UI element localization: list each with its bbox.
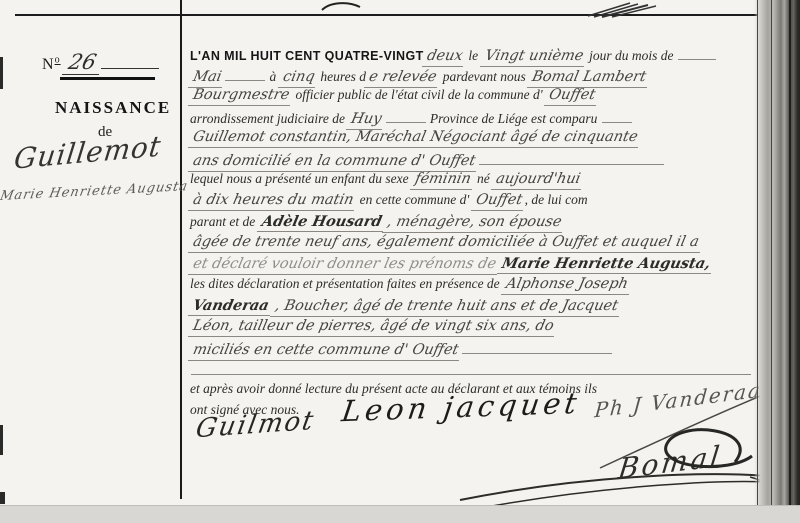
act-line: les dites déclaration et présentation fa…: [190, 275, 765, 296]
act-line: Léon, tailleur de pierres, âgé de vingt …: [190, 317, 765, 338]
printed-script-text: né: [474, 171, 494, 186]
binding-crease-line: [757, 0, 758, 523]
handwritten-bold-text: Vanderaa: [188, 296, 274, 316]
handwritten-text: miciliés en cette commune d' Ouffet: [188, 341, 463, 361]
blank-rule: [191, 359, 751, 375]
handwritten-text: cinq: [278, 68, 320, 88]
blank-rule: [678, 44, 716, 60]
binding-crease-line: [789, 0, 791, 523]
handwritten-text: âgée de trente neuf ans, également domic…: [188, 233, 704, 253]
act-line: [190, 359, 765, 380]
page-edge-mark: [0, 492, 5, 504]
bottom-scan-edge: [0, 505, 800, 523]
act-body: L'AN MIL HUIT CENT QUATRE-VINGTdeux le V…: [190, 44, 765, 422]
handwritten-bold-text: Marie Henriette Augusta,: [497, 254, 715, 274]
act-number-value: 26: [61, 50, 104, 75]
handwritten-text: Huy: [346, 110, 386, 130]
binding-edge: [754, 0, 800, 523]
handwritten-text: aujourd'hui: [491, 170, 585, 190]
act-line: Vanderaa, Boucher, âgé de trente huit an…: [190, 296, 765, 317]
printed-script-text: heures d: [317, 69, 366, 84]
page-edge-mark: [0, 57, 3, 89]
birth-register-page: No 26 NAISSANCE de Guillemot Marie Henri…: [0, 0, 800, 523]
blank-rule: [101, 52, 159, 69]
page-edge-mark: [0, 425, 3, 455]
printed-script-text: arrondissement judiciaire de: [190, 111, 348, 126]
printed-caps-text: L'AN MIL HUIT CENT QUATRE-VINGT: [190, 49, 424, 63]
handwritten-bold-text: Adèle Housard: [256, 212, 386, 232]
handwritten-text: Vingt unième: [479, 47, 587, 67]
handwritten-text: deux: [422, 47, 468, 67]
printed-script-text: les dites déclaration et présentation fa…: [190, 276, 503, 291]
column-divider-rule: [180, 0, 182, 499]
number-label: No: [42, 56, 61, 73]
handwritten-text: Mai: [188, 68, 226, 88]
act-line: lequel nous a présenté un enfant du sexe…: [190, 170, 765, 191]
printed-script-text: jour du mois de: [586, 48, 677, 63]
child-surname-handwritten: Guillemot: [12, 129, 163, 175]
handwritten-text: Guillemot constantin, Maréchal Négociant…: [188, 128, 643, 148]
printed-script-text: , de lui com: [525, 192, 588, 207]
blank-rule: [602, 107, 632, 123]
printed-script-text: officier public de l'état civil de la co…: [292, 87, 546, 102]
handwritten-faint-text: et déclaré vouloir donner les prénoms de: [188, 255, 501, 275]
handwritten-text: féminin: [410, 170, 476, 190]
handwritten-text: , Boucher, âgé de trente huit ans et de …: [270, 297, 623, 317]
handwritten-text: Bomal Lambert: [527, 68, 651, 88]
handwritten-text: , ménagère, son épouse: [382, 213, 566, 233]
act-line: à dix heures du matin en cette commune d…: [190, 191, 765, 212]
printed-script-text: à: [266, 69, 280, 84]
act-line: âgée de trente neuf ans, également domic…: [190, 233, 765, 254]
act-line: Bourgmestre officier public de l'état ci…: [190, 86, 765, 107]
act-number-line: No 26: [42, 50, 159, 75]
child-given-names-handwritten: Marie Henriette Augusta: [0, 179, 189, 204]
handwritten-text: Alphonse Joseph: [501, 275, 633, 295]
act-line: miciliés en cette commune d' Ouffet: [190, 338, 765, 359]
margin-divider-rule: [60, 77, 155, 80]
handwritten-text: Ouffet: [544, 86, 600, 106]
handwritten-text: ans domicilié en la commune d' Ouffet: [188, 152, 480, 172]
blank-rule: [479, 149, 664, 165]
act-line: Mai à cinq heures de relevée pardevant n…: [190, 65, 765, 86]
handwritten-text: e relevée: [364, 68, 442, 88]
printed-script-text: Province de Liége est comparu: [427, 111, 601, 126]
act-line: L'AN MIL HUIT CENT QUATRE-VINGTdeux le V…: [190, 44, 765, 65]
signature-flourish-decoration: [430, 380, 800, 523]
printed-script-text: le: [465, 48, 482, 63]
printed-script-text: pardevant nous: [439, 69, 529, 84]
pen-flourish-decoration: [300, 0, 680, 18]
act-line: Guillemot constantin, Maréchal Négociant…: [190, 128, 765, 149]
blank-rule: [386, 107, 426, 123]
handwritten-text: Bourgmestre: [188, 86, 294, 106]
printed-script-text: parant et de: [190, 214, 259, 229]
handwritten-text: à dix heures du matin: [188, 191, 358, 211]
blank-rule: [225, 65, 265, 81]
handwritten-text: Léon, tailleur de pierres, âgé de vingt …: [188, 317, 559, 337]
act-line: parant et de Adèle Housard, ménagère, so…: [190, 212, 765, 233]
binding-crease-line: [771, 0, 772, 523]
act-line: arrondissement judiciaire de Huy Provinc…: [190, 107, 765, 128]
printed-script-text: lequel nous a présenté un enfant du sexe: [190, 171, 412, 186]
blank-rule: [462, 338, 612, 354]
printed-script-text: en cette commune d': [356, 192, 472, 207]
act-line: et déclaré vouloir donner les prénoms de…: [190, 254, 765, 275]
act-line: ans domicilié en la commune d' Ouffet: [190, 149, 765, 170]
handwritten-text: Ouffet: [471, 191, 527, 211]
act-type-title: NAISSANCE: [55, 98, 171, 118]
